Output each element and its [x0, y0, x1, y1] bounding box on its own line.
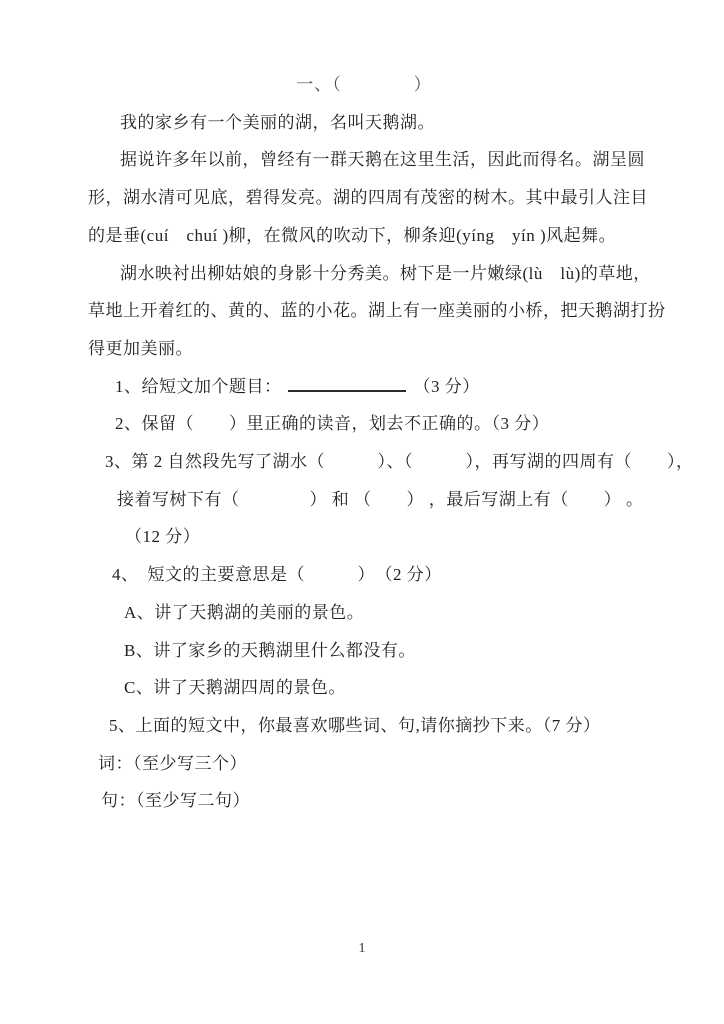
document-page: 一、（ ） 我的家乡有一个美丽的湖，名叫天鹅湖。 据说许多年以前，曾经有一群天鹅…	[0, 0, 724, 1024]
passage-line: 草地上开着红的、黄的、蓝的小花。湖上有一座美丽的小桥，把天鹅湖打扮	[88, 292, 688, 330]
question-3-line-1: 3、第 2 自然段先写了湖水（ ）、（ ），再写湖的四周有（ ），	[105, 443, 688, 481]
question-5: 5、上面的短文中，你最喜欢哪些词、句,请你摘抄下来。（7 分）	[109, 707, 688, 745]
passage-line: 的是垂(cuí chuí )柳，在微风的吹动下，柳条迎(yíng yín )风起…	[88, 217, 688, 255]
section-title: 一、（ ）	[88, 66, 640, 104]
question-4-option-a: A、讲了天鹅湖的美丽的景色。	[124, 594, 688, 632]
passage-line: 我的家乡有一个美丽的湖，名叫天鹅湖。	[120, 104, 688, 142]
question-4-option-c: C、讲了天鹅湖四周的景色。	[124, 669, 688, 707]
question-1-label: 1、给短文加个题目：	[115, 377, 282, 396]
passage-line: 形，湖水清可见底，碧得发亮。湖的四周有茂密的树木。其中最引人注目	[88, 179, 688, 217]
page-number: 1	[0, 941, 724, 957]
question-4-option-b: B、讲了家乡的天鹅湖里什么都没有。	[124, 632, 688, 670]
answer-blank	[288, 386, 406, 392]
question-4: 4、 短文的主要意思是（ ） （2 分）	[112, 556, 688, 594]
passage-line: 湖水映衬出柳姑娘的身影十分秀美。树下是一片嫩绿(lù lù)的草地，	[120, 255, 688, 293]
question-1: 1、给短文加个题目：（3 分）	[115, 368, 688, 406]
question-3-score: （12 分）	[125, 518, 688, 556]
question-2: 2、保留（ ）里正确的读音，划去不正确的。（3 分）	[115, 405, 688, 443]
question-5-sentence-prompt: 句：（至少写二句）	[101, 782, 688, 820]
content-area: 一、（ ） 我的家乡有一个美丽的湖，名叫天鹅湖。 据说许多年以前，曾经有一群天鹅…	[88, 66, 688, 820]
question-1-score: （3 分）	[414, 377, 480, 396]
question-3-line-2: 接着写树下有（ ） 和 （ ） ，最后写湖上有（ ） 。	[117, 481, 688, 519]
question-5-word-prompt: 词：（至少写三个）	[98, 745, 688, 783]
passage-line: 得更加美丽。	[88, 330, 688, 368]
passage-line: 据说许多年以前，曾经有一群天鹅在这里生活，因此而得名。湖呈圆	[120, 141, 688, 179]
